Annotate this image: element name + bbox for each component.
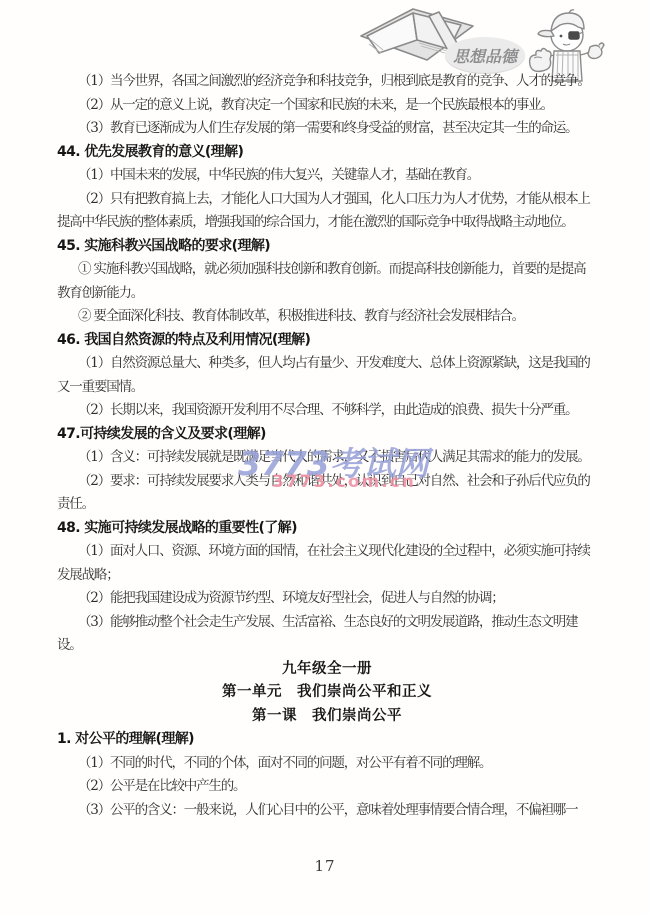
paragraph: （2）能把我国建设成为资源节约型、环境友好型社会，促进人与自然的协调； [57,587,597,611]
section-heading: 44. 优先发展教育的意义(理解) [57,141,597,165]
subject-badge: 思想品德 [445,37,525,73]
paragraph: （2）长期以来，我国资源开发利用不尽合理、不够科学，由此造成的浪费、损失十分严重… [57,399,597,423]
paragraph: （3）公平的含义：一般来说，人们心目中的公平，意味着处理事情要合情合理，不偏袒哪… [57,799,597,823]
paragraph: （1）自然资源总量大、种类多，但人均占有量少、开发难度大、总体上资源紧缺，这是我… [57,352,597,399]
section-heading: 45. 实施科教兴国战略的要求(理解) [57,235,597,259]
paragraph: ② 要全面深化科技、教育体制改革，积极推进科技、教育与经济社会发展相结合。 [57,305,597,329]
paragraph: （1）中国未来的发展，中华民族的伟大复兴，关键靠人才，基础在教育。 [57,164,597,188]
paragraph: （1）当今世界，各国之间激烈的经济竞争和科技竞争，归根到底是教育的竞争、人才的竞… [57,70,597,94]
paragraph: （2）要求：可持续发展要求人类与自然和谐共处，认识到自己对自然、社会和子孙后代应… [57,470,597,517]
paragraph: （2）公平是在比较中产生的。 [57,775,597,799]
paragraph: （3）能够推动整个社会走生产发展、生活富裕、生态良好的文明发展道路，推动生态文明… [57,611,597,658]
paragraph: （1）不同的时代，不同的个体，面对不同的问题，对公平有着不同的理解。 [57,752,597,776]
content-area: （1）当今世界，各国之间激烈的经济竞争和科技竞争，归根到底是教育的竞争、人才的竞… [57,70,597,822]
scanned-textbook-page: 思想品德 [0,0,650,915]
paragraph: （2）只有把教育搞上去，才能化人口大国为人才强国，化人口压力为人才优势，才能从根… [57,188,597,235]
paragraph: （3）教育已逐渐成为人们生存发展的第一需要和终身受益的财富，甚至决定其一生的命运… [57,117,597,141]
paragraph: ① 实施科教兴国战略，就必须加强科技创新和教育创新。而提高科技创新能力，首要的是… [57,258,597,305]
section-heading: 47.可持续发展的含义及要求(理解) [57,423,597,447]
paragraph: （2）从一定的意义上说，教育决定一个国家和民族的未来，是一个民族最根本的事业。 [57,94,597,118]
paragraph: （1）面对人口、资源、环境方面的国情，在社会主义现代化建设的全过程中，必须实施可… [57,540,597,587]
page-number: 17 [0,857,650,875]
subject-badge-label: 思想品德 [453,44,517,67]
section-heading: 46. 我国自然资源的特点及利用情况(理解) [57,329,597,353]
center-heading: 第一单元 我们崇尚公平和正义 [57,681,597,705]
center-heading: 九年级全一册 [57,658,597,682]
center-heading: 第一课 我们崇尚公平 [57,705,597,729]
section-heading: 1. 对公平的理解(理解) [57,728,597,752]
section-heading: 48. 实施可持续发展战略的重要性(了解) [57,517,597,541]
paragraph: （1）含义：可持续发展就是既满足当代人的需求，又不损害后代人满足其需求的能力的发… [57,446,597,470]
